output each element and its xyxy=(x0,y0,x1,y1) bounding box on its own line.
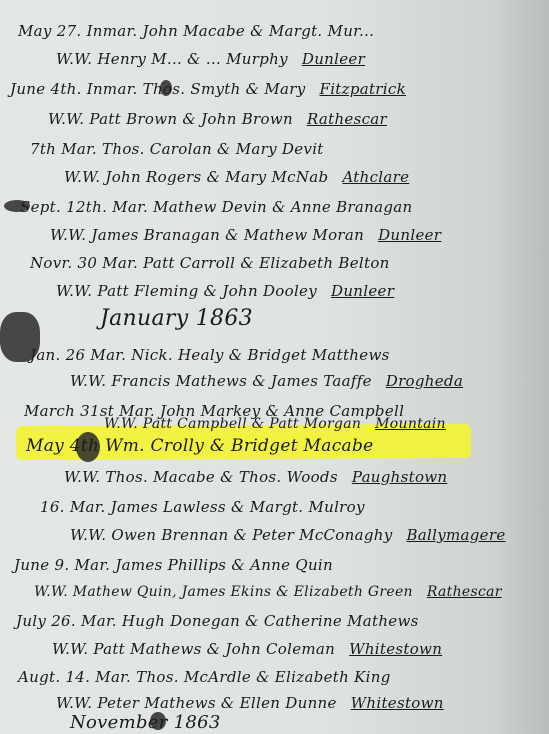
entry-line: W.W. Peter Mathews & Ellen DunneWhitesto… xyxy=(56,694,444,712)
entry-line: Augt. 14. Mar. Thos. McArdle & Elizabeth… xyxy=(18,668,391,686)
entry-line: W.W. Owen Brennan & Peter McConaghyBally… xyxy=(70,526,506,544)
place-name: Dunleer xyxy=(331,282,394,300)
entry-line: W.W. Patt Brown & John BrownRathescar xyxy=(48,110,387,128)
entry-line: W.W. Patt Mathews & John ColemanWhitesto… xyxy=(52,640,442,658)
entry-line: W.W. Patt Fleming & John DooleyDunleer xyxy=(56,282,394,300)
entry-line: July 26. Mar. Hugh Donegan & Catherine M… xyxy=(16,612,419,630)
register-page: May 27. Inmar. John Macabe & Margt. Mur.… xyxy=(0,0,549,734)
entry-line: W.W. Patt Campbell & Patt MorganMountain xyxy=(104,416,446,432)
entry-line: W.W. Francis Mathews & James TaaffeDrogh… xyxy=(70,372,463,390)
place-name: Rathescar xyxy=(307,110,387,128)
month-heading: November 1863 xyxy=(70,712,221,733)
entry-line: 7th Mar. Thos. Carolan & Mary Devit xyxy=(30,140,324,158)
month-heading: January 1863 xyxy=(100,306,253,331)
place-name: Fitzpatrick xyxy=(320,80,406,98)
entry-line: W.W. John Rogers & Mary McNabAthclare xyxy=(64,168,409,186)
entry-line: W.W. Mathew Quin, James Ekins & Elizabet… xyxy=(34,584,502,600)
entry-line: June 4th. Inmar. Thos. Smyth & MaryFitzp… xyxy=(10,80,406,98)
place-name: Mountain xyxy=(375,416,446,432)
entry-line: Sept. 12th. Mar. Mathew Devin & Anne Bra… xyxy=(20,198,412,216)
place-name: Dunleer xyxy=(302,50,365,68)
place-name: Drogheda xyxy=(386,372,463,390)
place-name: Dunleer xyxy=(378,226,441,244)
place-name: Whitestown xyxy=(349,640,442,658)
entry-line: May 27. Inmar. John Macabe & Margt. Mur.… xyxy=(18,22,374,40)
entry-line: W.W. James Branagan & Mathew MoranDunlee… xyxy=(50,226,441,244)
entry-line: Novr. 30 Mar. Patt Carroll & Elizabeth B… xyxy=(30,254,390,272)
entry-line: 16. Mar. James Lawless & Margt. Mulroy xyxy=(40,498,365,516)
place-name: Whitestown xyxy=(351,694,444,712)
place-name: Rathescar xyxy=(427,584,502,600)
place-name: Athclare xyxy=(342,168,409,186)
entry-line: June 9. Mar. James Phillips & Anne Quin xyxy=(14,556,333,574)
place-name: Paughstown xyxy=(352,468,448,486)
entry-line: Jan. 26 Mar. Nick. Healy & Bridget Matth… xyxy=(30,346,390,364)
place-name: Ballymagere xyxy=(406,526,505,544)
entry-line: W.W. Henry M... & ... MurphyDunleer xyxy=(56,50,365,68)
entry-line: W.W. Thos. Macabe & Thos. WoodsPaughstow… xyxy=(64,468,447,486)
highlighted-entry: May 4th Wm. Crolly & Bridget Macabe xyxy=(26,436,374,456)
